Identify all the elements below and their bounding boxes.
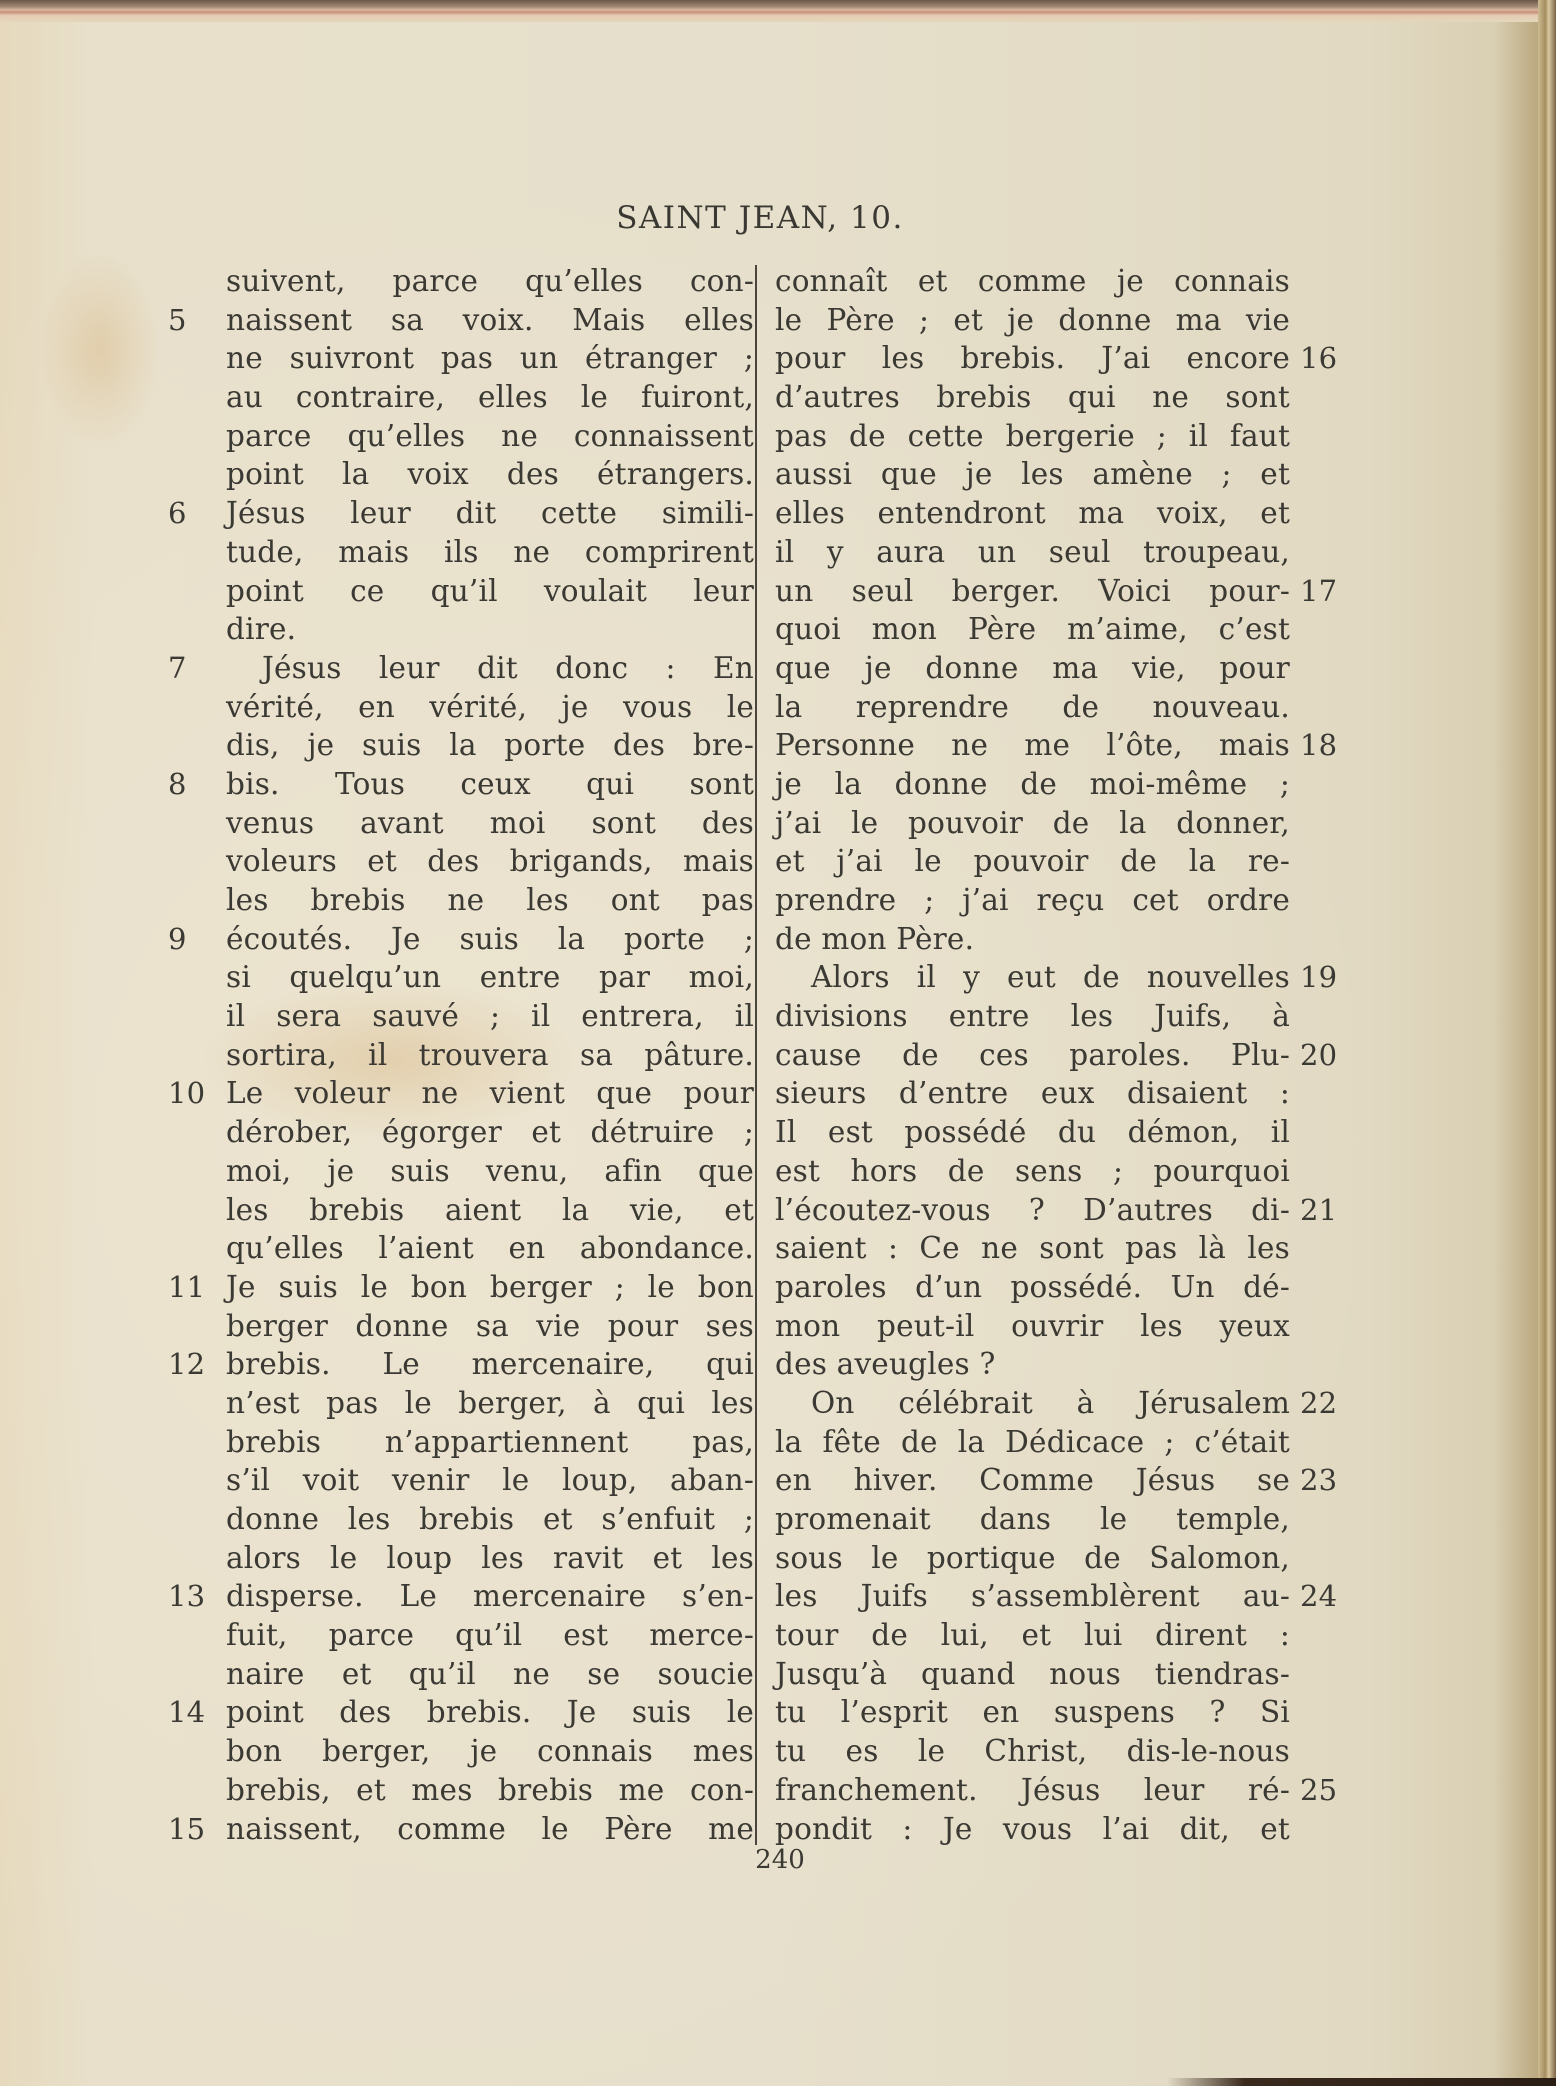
- line-text: elles entendront ma voix, et: [775, 494, 1290, 533]
- text-line: 6Jésus leur dit cette simili-: [226, 494, 754, 533]
- line-text: la reprendre de nouveau.: [775, 688, 1290, 727]
- verse-number: 9: [168, 920, 216, 959]
- text-line: le Père ; et je donne ma vie: [775, 301, 1290, 340]
- text-line: qu’elles l’aient en abondance.: [226, 1229, 754, 1268]
- line-text: et j’ai le pouvoir de la re-: [775, 842, 1290, 881]
- text-line: divisions entre les Juifs, à: [775, 997, 1290, 1036]
- text-line: mon peut-il ouvrir les yeux: [775, 1307, 1290, 1346]
- line-text: Je suis le bon berger ; le bon: [226, 1268, 754, 1307]
- verse-number: 23: [1300, 1461, 1348, 1500]
- text-line: les brebis aient la vie, et: [226, 1191, 754, 1230]
- text-line: 23en hiver. Comme Jésus se: [775, 1461, 1290, 1500]
- line-text: s’il voit venir le loup, aban-: [226, 1461, 754, 1500]
- text-line: pas de cette bergerie ; il faut: [775, 417, 1290, 456]
- verse-number: 10: [168, 1074, 216, 1113]
- line-text: tu l’esprit en suspens ? Si: [775, 1693, 1290, 1732]
- line-text: un seul berger. Voici pour-: [775, 572, 1290, 611]
- text-line: s’il voit venir le loup, aban-: [226, 1461, 754, 1500]
- line-text: Il est possédé du démon, il: [775, 1113, 1290, 1152]
- line-text: sous le portique de Salomon,: [775, 1539, 1290, 1578]
- text-line: suivent, parce qu’elles con-: [226, 262, 754, 301]
- line-text: brebis. Le mercenaire, qui: [226, 1345, 754, 1384]
- verse-number: 5: [168, 301, 216, 340]
- text-line: il y aura un seul troupeau,: [775, 533, 1290, 572]
- line-text: brebis n’appartiennent pas,: [226, 1423, 754, 1462]
- line-text: Jésus leur dit donc : En: [226, 649, 754, 688]
- text-line: la fête de la Dédicace ; c’était: [775, 1423, 1290, 1462]
- text-line: aussi que je les amène ; et: [775, 455, 1290, 494]
- text-line: 21l’écoutez-vous ? D’autres di-: [775, 1191, 1290, 1230]
- text-line: Il est possédé du démon, il: [775, 1113, 1290, 1152]
- line-text: sieurs d’entre eux disaient :: [775, 1074, 1290, 1113]
- text-line: n’est pas le berger, à qui les: [226, 1384, 754, 1423]
- line-text: je la donne de moi-même ;: [775, 765, 1290, 804]
- verse-number: 6: [168, 494, 216, 533]
- verse-number: 20: [1300, 1036, 1348, 1075]
- line-text: au contraire, elles le fuiront,: [226, 378, 754, 417]
- line-text: il y aura un seul troupeau,: [775, 533, 1290, 572]
- text-line: brebis, et mes brebis me con-: [226, 1771, 754, 1810]
- line-text: si quelqu’un entre par moi,: [226, 958, 754, 997]
- text-line: fuit, parce qu’il est merce-: [226, 1616, 754, 1655]
- line-text: prendre ; j’ai reçu cet ordre: [775, 881, 1290, 920]
- line-text: point des brebis. Je suis le: [226, 1693, 754, 1732]
- line-text: tude, mais ils ne comprirent: [226, 533, 754, 572]
- text-line: la reprendre de nouveau.: [775, 688, 1290, 727]
- line-text: naissent, comme le Père me: [226, 1810, 754, 1849]
- line-text: suivent, parce qu’elles con-: [226, 262, 754, 301]
- text-line: Jusqu’à quand nous tiendras-: [775, 1655, 1290, 1694]
- text-line: sous le portique de Salomon,: [775, 1539, 1290, 1578]
- line-text: vérité, en vérité, je vous le: [226, 688, 754, 727]
- text-line: saient : Ce ne sont pas là les: [775, 1229, 1290, 1268]
- text-line: sortira, il trouvera sa pâture.: [226, 1036, 754, 1075]
- line-text: connaît et comme je connais: [775, 262, 1290, 301]
- text-line: 16pour les brebis. J’ai encore: [775, 339, 1290, 378]
- line-text: dérober, égorger et détruire ;: [226, 1113, 754, 1152]
- text-line: connaît et comme je connais: [775, 262, 1290, 301]
- line-text: la fête de la Dédicace ; c’était: [775, 1423, 1290, 1462]
- page-number: 240: [740, 1845, 820, 1875]
- line-text: tu es le Christ, dis-le-nous: [775, 1732, 1290, 1771]
- text-line: donne les brebis et s’enfuit ;: [226, 1500, 754, 1539]
- line-text: paroles d’un possédé. Un dé-: [775, 1268, 1290, 1307]
- column-divider: [755, 265, 757, 1845]
- page-right-edge: [1538, 0, 1556, 2086]
- line-text: j’ai le pouvoir de la donner,: [775, 804, 1290, 843]
- page-bottom-edge: [0, 2078, 1556, 2086]
- text-line: alors le loup les ravit et les: [226, 1539, 754, 1578]
- line-text: Le voleur ne vient que pour: [226, 1074, 754, 1113]
- line-text: bis. Tous ceux qui sont: [226, 765, 754, 804]
- line-text: Personne ne me l’ôte, mais: [775, 726, 1290, 765]
- text-line: les brebis ne les ont pas: [226, 881, 754, 920]
- text-line: 15naissent, comme le Père me: [226, 1810, 754, 1849]
- line-text: qu’elles l’aient en abondance.: [226, 1229, 754, 1268]
- verse-number: 11: [168, 1268, 216, 1307]
- text-line: 22On célébrait à Jérusalem: [775, 1384, 1290, 1423]
- text-line: 7Jésus leur dit donc : En: [226, 649, 754, 688]
- line-text: le Père ; et je donne ma vie: [775, 301, 1290, 340]
- text-line: dis, je suis la porte des bre-: [226, 726, 754, 765]
- text-line: j’ai le pouvoir de la donner,: [775, 804, 1290, 843]
- line-text: divisions entre les Juifs, à: [775, 997, 1290, 1036]
- line-text: berger donne sa vie pour ses: [226, 1307, 754, 1346]
- text-line: quoi mon Père m’aime, c’est: [775, 610, 1290, 649]
- text-line: moi, je suis venu, afin que: [226, 1152, 754, 1191]
- line-text: point la voix des étrangers.: [226, 455, 754, 494]
- verse-number: 18: [1300, 726, 1348, 765]
- line-text: bon berger, je connais mes: [226, 1732, 754, 1771]
- line-text: l’écoutez-vous ? D’autres di-: [775, 1191, 1290, 1230]
- text-line: point ce qu’il voulait leur: [226, 572, 754, 611]
- text-line: pondit : Je vous l’ai dit, et: [775, 1810, 1290, 1849]
- line-text: dis, je suis la porte des bre-: [226, 726, 754, 765]
- right-text-column: connaît et comme je connaisle Père ; et …: [775, 262, 1290, 1848]
- text-line: elles entendront ma voix, et: [775, 494, 1290, 533]
- text-line: d’autres brebis qui ne sont: [775, 378, 1290, 417]
- line-text: disperse. Le mercenaire s’en-: [226, 1577, 754, 1616]
- verse-number: 22: [1300, 1384, 1348, 1423]
- line-text: sortira, il trouvera sa pâture.: [226, 1036, 754, 1075]
- text-line: paroles d’un possédé. Un dé-: [775, 1268, 1290, 1307]
- verse-number: 15: [168, 1810, 216, 1849]
- text-line: tude, mais ils ne comprirent: [226, 533, 754, 572]
- text-line: 11Je suis le bon berger ; le bon: [226, 1268, 754, 1307]
- text-line: 19Alors il y eut de nouvelles: [775, 958, 1290, 997]
- text-line: dire.: [226, 610, 754, 649]
- line-text: moi, je suis venu, afin que: [226, 1152, 754, 1191]
- line-text: Jésus leur dit cette simili-: [226, 494, 754, 533]
- text-line: 8bis. Tous ceux qui sont: [226, 765, 754, 804]
- text-line: naire et qu’il ne se soucie: [226, 1655, 754, 1694]
- verse-number: 17: [1300, 572, 1348, 611]
- line-text: les brebis ne les ont pas: [226, 881, 754, 920]
- text-line: 17un seul berger. Voici pour-: [775, 572, 1290, 611]
- verse-number: 25: [1300, 1771, 1348, 1810]
- text-line: ne suivront pas un étranger ;: [226, 339, 754, 378]
- text-line: tu l’esprit en suspens ? Si: [775, 1693, 1290, 1732]
- running-header: SAINT JEAN, 10.: [560, 200, 960, 236]
- line-text: promenait dans le temple,: [775, 1500, 1290, 1539]
- line-text: cause de ces paroles. Plu-: [775, 1036, 1290, 1075]
- text-line: 25franchement. Jésus leur ré-: [775, 1771, 1290, 1810]
- text-line: 24les Juifs s’assemblèrent au-: [775, 1577, 1290, 1616]
- line-text: pondit : Je vous l’ai dit, et: [775, 1810, 1290, 1849]
- verse-number: 24: [1300, 1577, 1348, 1616]
- paper-stain: [40, 250, 160, 450]
- text-line: et j’ai le pouvoir de la re-: [775, 842, 1290, 881]
- verse-number: 21: [1300, 1191, 1348, 1230]
- line-text: tour de lui, et lui dirent :: [775, 1616, 1290, 1655]
- text-line: point la voix des étrangers.: [226, 455, 754, 494]
- text-line: de mon Père.: [775, 920, 1290, 959]
- verse-number: 7: [168, 649, 216, 688]
- text-line: 12brebis. Le mercenaire, qui: [226, 1345, 754, 1384]
- line-text: donne les brebis et s’enfuit ;: [226, 1500, 754, 1539]
- line-text: Alors il y eut de nouvelles: [775, 958, 1290, 997]
- line-text: mon peut-il ouvrir les yeux: [775, 1307, 1290, 1346]
- text-line: 20cause de ces paroles. Plu-: [775, 1036, 1290, 1075]
- text-line: il sera sauvé ; il entrera, il: [226, 997, 754, 1036]
- text-line: si quelqu’un entre par moi,: [226, 958, 754, 997]
- line-text: saient : Ce ne sont pas là les: [775, 1229, 1290, 1268]
- text-line: 10Le voleur ne vient que pour: [226, 1074, 754, 1113]
- line-text: pour les brebis. J’ai encore: [775, 339, 1290, 378]
- line-text: ne suivront pas un étranger ;: [226, 339, 754, 378]
- text-line: tour de lui, et lui dirent :: [775, 1616, 1290, 1655]
- text-line: promenait dans le temple,: [775, 1500, 1290, 1539]
- line-text: que je donne ma vie, pour: [775, 649, 1290, 688]
- text-line: bon berger, je connais mes: [226, 1732, 754, 1771]
- text-line: venus avant moi sont des: [226, 804, 754, 843]
- line-text: n’est pas le berger, à qui les: [226, 1384, 754, 1423]
- line-text: voleurs et des brigands, mais: [226, 842, 754, 881]
- text-line: 13disperse. Le mercenaire s’en-: [226, 1577, 754, 1616]
- line-text: parce qu’elles ne connaissent: [226, 417, 754, 456]
- verse-number: 8: [168, 765, 216, 804]
- line-text: les Juifs s’assemblèrent au-: [775, 1577, 1290, 1616]
- line-text: écoutés. Je suis la porte ;: [226, 920, 754, 959]
- line-text: de mon Père.: [775, 922, 974, 956]
- book-page: SAINT JEAN, 10. suivent, parce qu’elles …: [0, 0, 1556, 2086]
- line-text: brebis, et mes brebis me con-: [226, 1771, 754, 1810]
- verse-number: 12: [168, 1345, 216, 1384]
- text-line: parce qu’elles ne connaissent: [226, 417, 754, 456]
- line-text: d’autres brebis qui ne sont: [775, 378, 1290, 417]
- verse-number: 14: [168, 1693, 216, 1732]
- line-text: franchement. Jésus leur ré-: [775, 1771, 1290, 1810]
- line-text: fuit, parce qu’il est merce-: [226, 1616, 754, 1655]
- line-text: il sera sauvé ; il entrera, il: [226, 997, 754, 1036]
- text-line: voleurs et des brigands, mais: [226, 842, 754, 881]
- text-line: brebis n’appartiennent pas,: [226, 1423, 754, 1462]
- line-text: Jusqu’à quand nous tiendras-: [775, 1655, 1290, 1694]
- line-text: quoi mon Père m’aime, c’est: [775, 610, 1290, 649]
- text-line: je la donne de moi-même ;: [775, 765, 1290, 804]
- left-text-column: suivent, parce qu’elles con-5naissent sa…: [226, 262, 754, 1848]
- line-text: des aveugles ?: [775, 1347, 995, 1381]
- line-text: naire et qu’il ne se soucie: [226, 1655, 754, 1694]
- text-line: est hors de sens ; pourquoi: [775, 1152, 1290, 1191]
- text-line: vérité, en vérité, je vous le: [226, 688, 754, 727]
- verse-number: 13: [168, 1577, 216, 1616]
- text-line: 18Personne ne me l’ôte, mais: [775, 726, 1290, 765]
- line-text: aussi que je les amène ; et: [775, 455, 1290, 494]
- line-text: naissent sa voix. Mais elles: [226, 301, 754, 340]
- line-text: venus avant moi sont des: [226, 804, 754, 843]
- line-text: On célébrait à Jérusalem: [775, 1384, 1290, 1423]
- line-text: en hiver. Comme Jésus se: [775, 1461, 1290, 1500]
- text-line: 9écoutés. Je suis la porte ;: [226, 920, 754, 959]
- line-text: point ce qu’il voulait leur: [226, 572, 754, 611]
- text-line: prendre ; j’ai reçu cet ordre: [775, 881, 1290, 920]
- text-line: des aveugles ?: [775, 1345, 1290, 1384]
- text-line: tu es le Christ, dis-le-nous: [775, 1732, 1290, 1771]
- text-line: que je donne ma vie, pour: [775, 649, 1290, 688]
- verse-number: 16: [1300, 339, 1348, 378]
- text-line: sieurs d’entre eux disaient :: [775, 1074, 1290, 1113]
- text-line: au contraire, elles le fuiront,: [226, 378, 754, 417]
- text-line: berger donne sa vie pour ses: [226, 1307, 754, 1346]
- line-text: est hors de sens ; pourquoi: [775, 1152, 1290, 1191]
- line-text: alors le loup les ravit et les: [226, 1539, 754, 1578]
- line-text: les brebis aient la vie, et: [226, 1191, 754, 1230]
- verse-number: 19: [1300, 958, 1348, 997]
- text-line: 5naissent sa voix. Mais elles: [226, 301, 754, 340]
- line-text: pas de cette bergerie ; il faut: [775, 417, 1290, 456]
- text-line: 14point des brebis. Je suis le: [226, 1693, 754, 1732]
- line-text: dire.: [226, 612, 296, 646]
- page-top-edge: [0, 0, 1556, 22]
- text-line: dérober, égorger et détruire ;: [226, 1113, 754, 1152]
